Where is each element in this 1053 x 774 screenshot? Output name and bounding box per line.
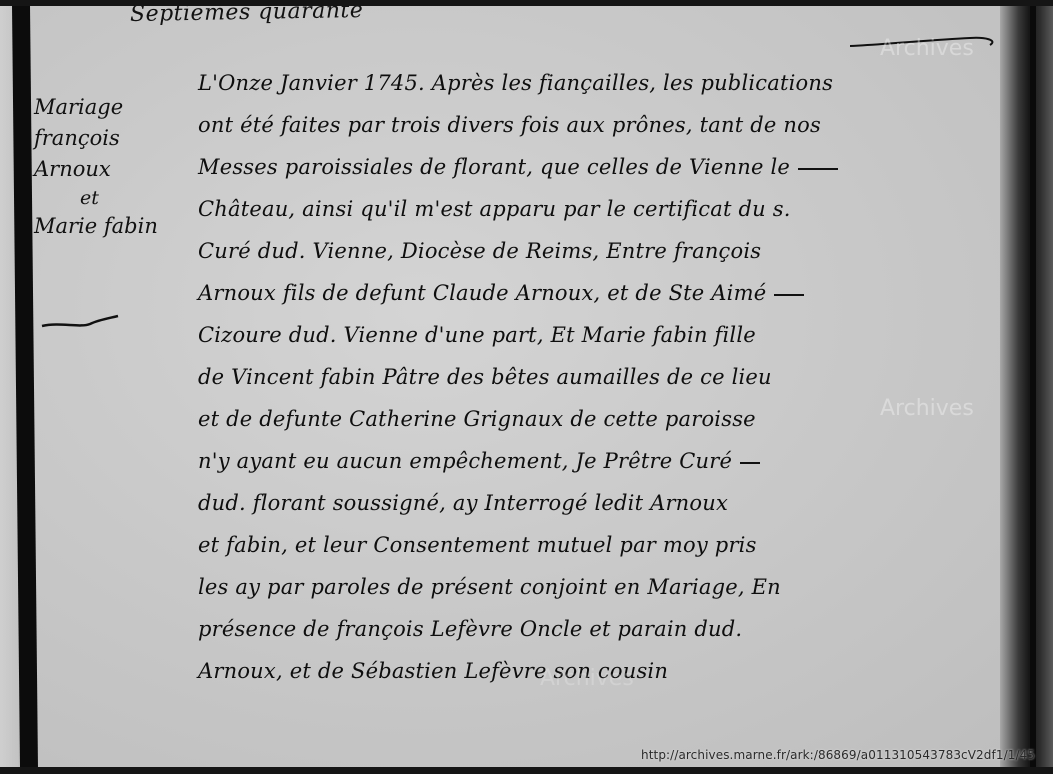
page-gutter	[1000, 6, 1053, 768]
margin-groom-first: françois	[34, 123, 184, 154]
watermark: Archives	[880, 36, 974, 61]
margin-bride: Marie fabin	[34, 211, 184, 242]
entry-line-text: Arnoux fils de defunt Claude Arnoux, et …	[198, 281, 766, 305]
entry-line: Château, ainsi qu'il m'est apparu par le…	[198, 188, 1018, 230]
entry-line: Arnoux fils de defunt Claude Arnoux, et …	[198, 272, 1018, 314]
margin-flourish-icon	[40, 312, 120, 334]
heading-fragment: Septiemes quarante	[130, 6, 364, 27]
entry-line: Curé dud. Vienne, Diocèse de Reims, Entr…	[198, 230, 1018, 272]
line-filler-dash	[740, 462, 760, 464]
entry-line-text: L'Onze Janvier 1745. Après les fiançaill…	[198, 71, 833, 95]
entry-line-text: Cizoure dud. Vienne d'une part, Et Marie…	[198, 323, 756, 347]
document-viewer: Septiemes quarante Mariage françois Arno…	[0, 0, 1053, 774]
entry-line: Messes paroissiales de florant, que cell…	[198, 146, 1018, 188]
viewer-bottom-bar	[0, 767, 1053, 774]
margin-and: et	[34, 185, 184, 211]
entry-line: L'Onze Janvier 1745. Après les fiançaill…	[198, 62, 1018, 104]
entry-line: présence de françois Lefèvre Oncle et pa…	[198, 608, 1018, 650]
entry-line-text: dud. florant soussigné, ay Interrogé led…	[198, 491, 728, 515]
gutter-edge	[1030, 6, 1036, 768]
margin-annotation: Mariage françois Arnoux et Marie fabin	[34, 92, 184, 242]
entry-line-text: de Vincent fabin Pâtre des bêtes aumaill…	[198, 365, 772, 389]
entry-line-text: ont été faites par trois divers fois aux…	[198, 113, 821, 137]
entry-line: de Vincent fabin Pâtre des bêtes aumaill…	[198, 356, 1018, 398]
entry-line-text: et de defunte Catherine Grignaux de cett…	[198, 407, 756, 431]
margin-title: Mariage	[34, 92, 184, 123]
entry-body: L'Onze Janvier 1745. Après les fiançaill…	[198, 62, 1018, 692]
line-filler-dash	[798, 168, 838, 170]
source-url-caption[interactable]: http://archives.marne.fr/ark:/86869/a011…	[641, 748, 1035, 762]
entry-line: Cizoure dud. Vienne d'une part, Et Marie…	[198, 314, 1018, 356]
entry-line: les ay par paroles de présent conjoint e…	[198, 566, 1018, 608]
entry-line-text: les ay par paroles de présent conjoint e…	[198, 575, 781, 599]
watermark: Archives	[880, 396, 974, 421]
entry-line-text: Messes paroissiales de florant, que cell…	[198, 155, 790, 179]
line-filler-dash	[774, 294, 804, 296]
entry-line: et fabin, et leur Consentement mutuel pa…	[198, 524, 1018, 566]
register-page-scan[interactable]: Septiemes quarante Mariage françois Arno…	[0, 6, 1053, 768]
entry-line-text: Curé dud. Vienne, Diocèse de Reims, Entr…	[198, 239, 761, 263]
entry-line-text: et fabin, et leur Consentement mutuel pa…	[198, 533, 757, 557]
margin-groom-last: Arnoux	[34, 154, 184, 185]
entry-line: ont été faites par trois divers fois aux…	[198, 104, 1018, 146]
entry-line-text: Château, ainsi qu'il m'est apparu par le…	[198, 197, 791, 221]
entry-line-text: n'y ayant eu aucun empêchement, Je Prêtr…	[198, 449, 732, 473]
entry-line: dud. florant soussigné, ay Interrogé led…	[198, 482, 1018, 524]
entry-line-text: présence de françois Lefèvre Oncle et pa…	[198, 617, 742, 641]
watermark: Archives	[540, 666, 634, 691]
entry-line: n'y ayant eu aucun empêchement, Je Prêtr…	[198, 440, 1018, 482]
